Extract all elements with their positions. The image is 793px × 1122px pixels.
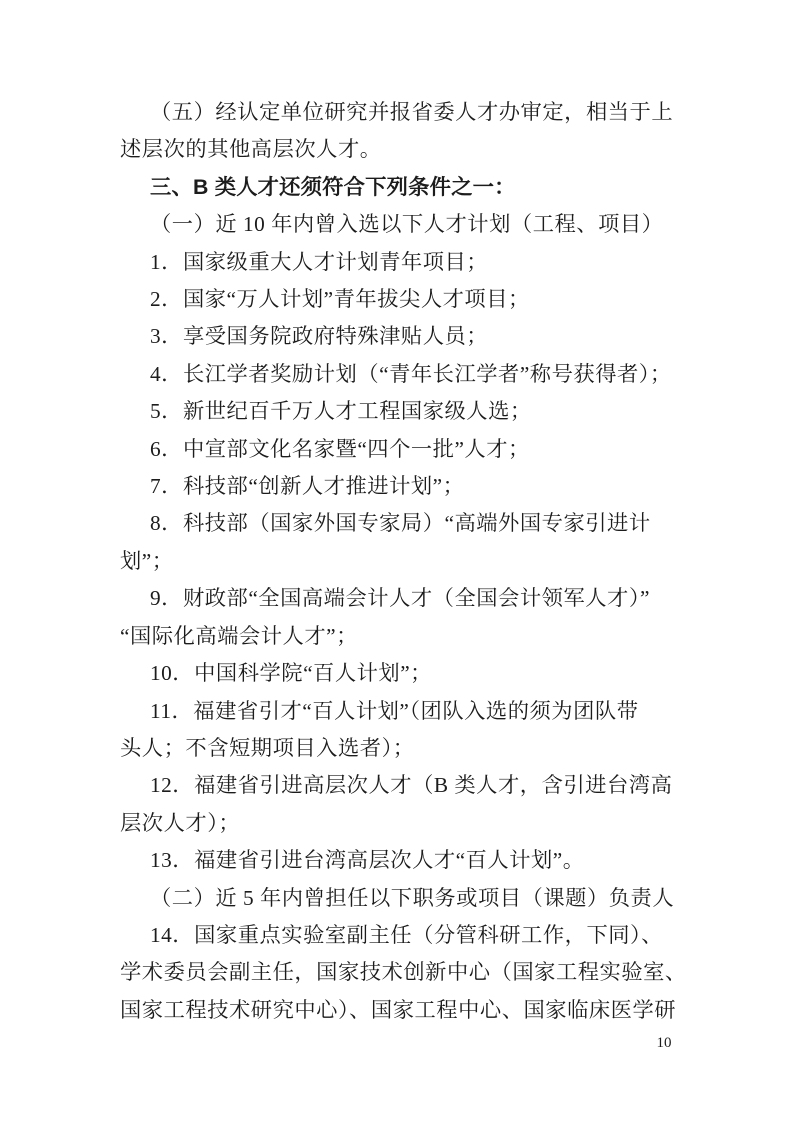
list-item-11-line-1: 11．福建省引才“百人计划”（团队入选的须为团队带 xyxy=(120,693,680,730)
list-item-9-line-1: 9．财政部“全国高端会计人才（全国会计领军人才）” xyxy=(120,580,680,617)
list-item-12-line-2: 层次人才）； xyxy=(120,805,680,842)
section-heading-3: 三、B 类人才还须符合下列条件之一： xyxy=(120,169,680,206)
paragraph-item-5-line-1: （五）经认定单位研究并报省委人才办审定，相当于上 xyxy=(120,94,680,131)
list-item-3: 3．享受国务院政府特殊津贴人员； xyxy=(120,318,680,355)
subsection-heading-1: （一）近 10 年内曾入选以下人才计划（工程、项目） xyxy=(120,206,680,243)
list-item-10: 10．中国科学院“百人计划”； xyxy=(120,655,680,692)
page-number: 10 xyxy=(652,1035,676,1052)
list-item-7: 7．科技部“创新人才推进计划”； xyxy=(120,468,680,505)
list-item-11-line-2: 头人；不含短期项目入选者）； xyxy=(120,730,680,767)
list-item-14-line-1: 14．国家重点实验室副主任（分管科研工作，下同）、 xyxy=(120,917,680,954)
list-item-2: 2．国家“万人计划”青年拔尖人才项目； xyxy=(120,281,680,318)
list-item-6: 6．中宣部文化名家暨“四个一批”人才； xyxy=(120,431,680,468)
subsection-heading-2: （二）近 5 年内曾担任以下职务或项目（课题）负责人 xyxy=(120,880,680,917)
list-item-8-line-2: 划”； xyxy=(120,543,680,580)
list-item-1: 1．国家级重大人才计划青年项目； xyxy=(120,244,680,281)
list-item-5: 5．新世纪百千万人才工程国家级人选； xyxy=(120,393,680,430)
document-body: （五）经认定单位研究并报省委人才办审定，相当于上 述层次的其他高层次人才。 三、… xyxy=(120,94,680,1029)
list-item-9-line-2: “国际化高端会计人才”； xyxy=(120,618,680,655)
document-page: （五）经认定单位研究并报省委人才办审定，相当于上 述层次的其他高层次人才。 三、… xyxy=(0,0,793,1122)
paragraph-item-5-line-2: 述层次的其他高层次人才。 xyxy=(120,131,680,168)
list-item-4: 4．长江学者奖励计划（“青年长江学者”称号获得者）； xyxy=(120,356,680,393)
list-item-14-line-2: 学术委员会副主任，国家技术创新中心（国家工程实验室、 xyxy=(120,954,680,991)
list-item-13: 13．福建省引进台湾高层次人才“百人计划”。 xyxy=(120,842,680,879)
list-item-14-line-3: 国家工程技术研究中心）、国家工程中心、国家临床医学研 xyxy=(120,992,680,1029)
list-item-8-line-1: 8．科技部（国家外国专家局）“高端外国专家引进计 xyxy=(120,505,680,542)
list-item-12-line-1: 12．福建省引进高层次人才（B 类人才，含引进台湾高 xyxy=(120,767,680,804)
